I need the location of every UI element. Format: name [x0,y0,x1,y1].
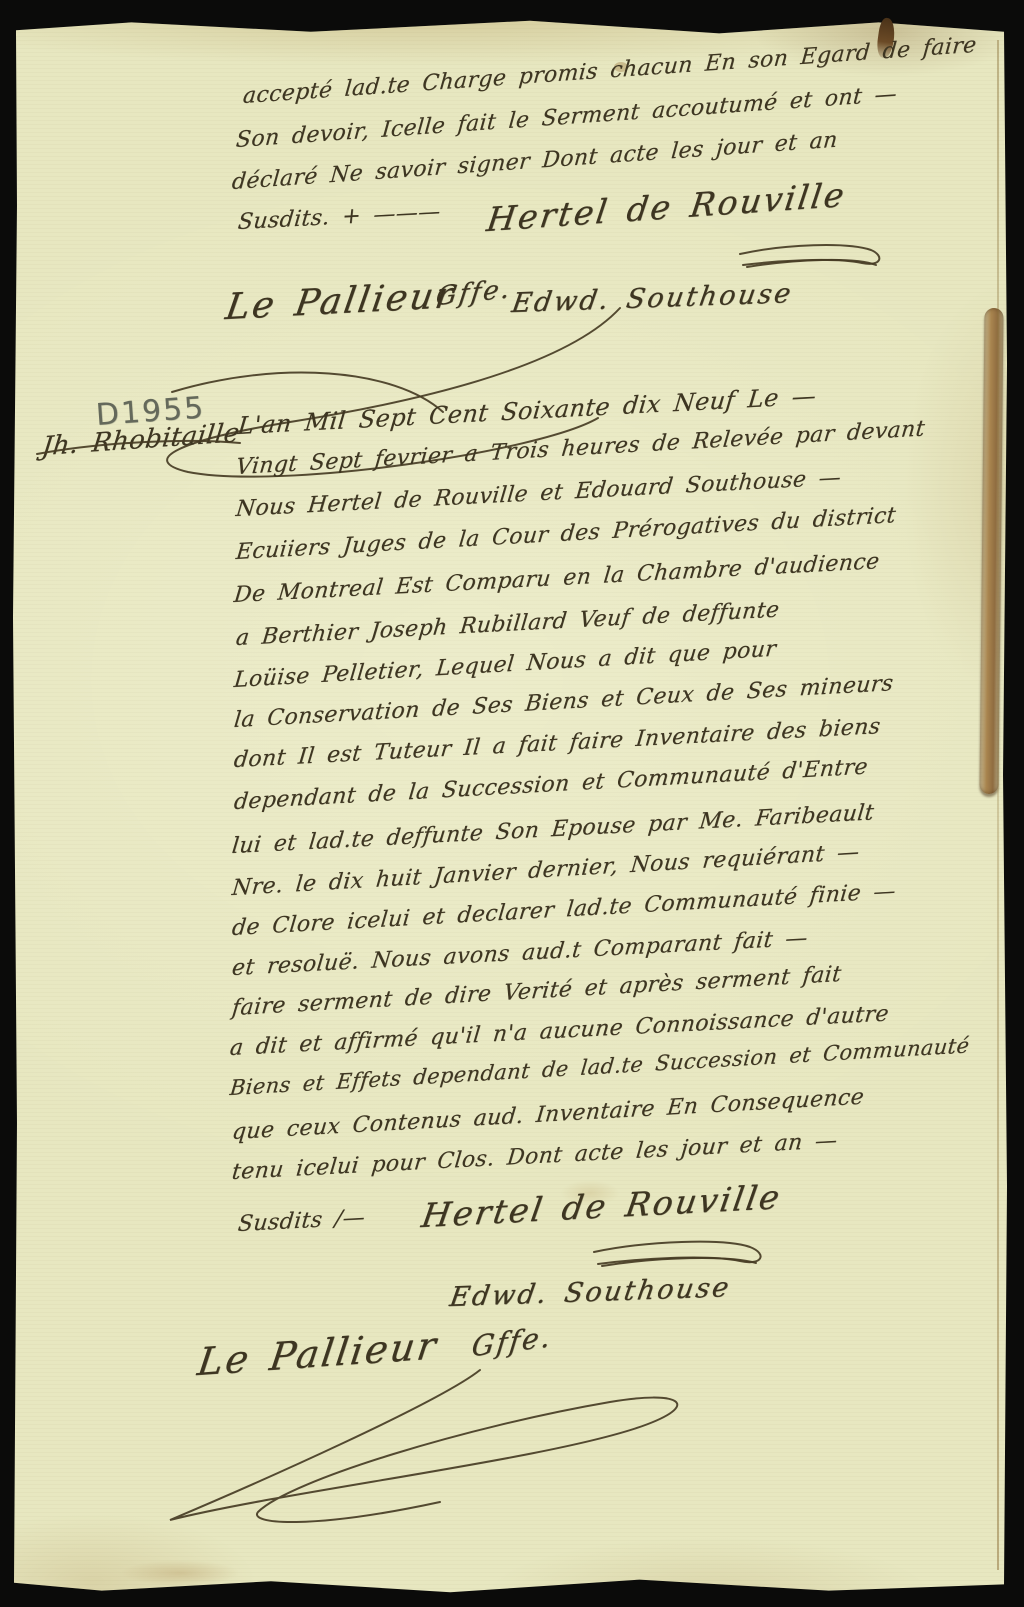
signature-flourish [588,1236,768,1278]
margin-strike-flourish [32,430,247,460]
page-crease [997,40,999,1570]
signature-flourish [735,240,885,280]
signature-paraph [140,1362,720,1542]
document-scan: accepté lad.te Charge promis chacun En s… [0,0,1024,1607]
